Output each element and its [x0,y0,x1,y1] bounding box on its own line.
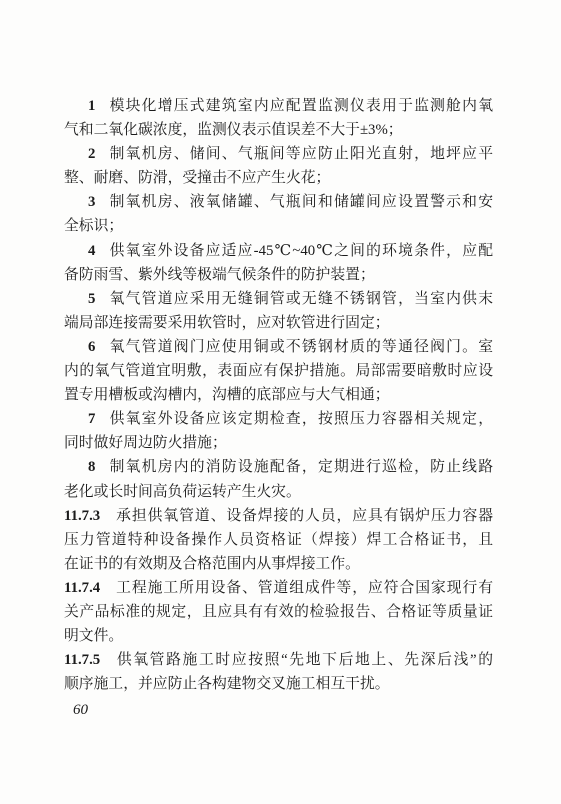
paragraph-first-line: 7供氧室外设备应该定期检查，按照压力容器相关规定， [64,407,493,431]
text-line: 全标识； [64,214,493,238]
line-text: 工程施工所用设备、管道组成件等，应符合国家现行有 [115,580,493,596]
line-text: 制氧机房、液氧储罐、气瓶间和储罐间应设置警示和安 [108,194,493,210]
text-line: 明文件。 [64,624,493,648]
paragraph-first-line: 2制氧机房、储间、气瓶间等应防止阳光直射，地坪应平 [64,142,493,166]
text-line: 压力管道特种设备操作人员资格证（焊接）焊工合格证书，且 [64,528,493,552]
paragraph-first-line: 8制氧机房内的消防设施配备，定期进行巡检，防止线路 [64,455,493,479]
text-line: 气和二氧化碳浓度，监测仪表示值误差不大于±3%； [64,118,493,142]
item-number: 2 [88,146,95,162]
line-text: 整、耐磨、防滑，受撞击不应产生火花； [64,170,330,186]
line-text: 承担供氧管道、设备焊接的人员，应具有锅炉压力容器 [115,508,493,524]
line-text: 同时做好周边防火措施； [64,435,227,451]
line-text: 气和二氧化碳浓度，监测仪表示值误差不大于±3%； [64,122,403,138]
text-line: 老化或长时间高负荷运转产生火灾。 [64,480,493,504]
line-text: 全标识； [64,218,123,234]
line-text: 模块化增压式建筑室内应配置监测仪表用于监测舱内氧 [108,98,493,114]
item-number: 5 [88,291,95,307]
line-text: 置专用槽板或沟槽内，沟槽的底部应与大气相通； [64,387,390,403]
line-text: 端局部连接需要采用软管时，应对软管进行固定； [64,315,390,331]
line-text: 明文件。 [64,628,123,644]
text-line: 置专用槽板或沟槽内，沟槽的底部应与大气相通； [64,383,493,407]
page-number: 60 [73,699,88,721]
line-text: 供氧管路施工时应按照“先地下后地上、先深后浅”的 [115,652,493,668]
line-text: 关产品标准的规定，且应具有有效的检验报告、合格证等质量证 [64,604,493,620]
paragraph-first-line: 3制氧机房、液氧储罐、气瓶间和储罐间应设置警示和安 [64,190,493,214]
line-text: 备防雨雪、紫外线等极端气候条件的防护装置； [64,267,375,283]
paragraph-first-line: 11.7.4工程施工所用设备、管道组成件等，应符合国家现行有 [64,576,493,600]
text-line: 内的氧气管道宜明敷，表面应有保护措施。局部需要暗敷时应设 [64,359,493,383]
document-page: 1模块化增压式建筑室内应配置监测仪表用于监测舱内氧气和二氧化碳浓度，监测仪表示值… [0,0,561,804]
text-line: 在证书的有效期及合格范围内从事焊接工作。 [64,552,493,576]
item-number: 4 [88,243,95,259]
paragraph-first-line: 4供氧室外设备应适应-45℃~40℃之间的环境条件，应配 [64,239,493,263]
body-text: 1模块化增压式建筑室内应配置监测仪表用于监测舱内氧气和二氧化碳浓度，监测仪表示值… [64,94,493,696]
line-text: 供氧室外设备应适应-45℃~40℃之间的环境条件，应配 [108,243,493,259]
item-number: 3 [88,194,95,210]
paragraph-first-line: 5氧气管道应采用无缝铜管或无缝不锈钢管，当室内供末 [64,287,493,311]
line-text: 制氧机房、储间、气瓶间等应防止阳光直射，地坪应平 [108,146,493,162]
text-line: 同时做好周边防火措施； [64,431,493,455]
text-line: 端局部连接需要采用软管时，应对软管进行固定； [64,311,493,335]
paragraph-first-line: 11.7.3承担供氧管道、设备焊接的人员，应具有锅炉压力容器 [64,504,493,528]
item-number: 1 [88,98,95,114]
paragraph-first-line: 6氧气管道阀门应使用铜或不锈钢材质的等通径阀门。室 [64,335,493,359]
section-number: 11.7.3 [64,508,100,524]
item-number: 7 [88,411,95,427]
text-line: 整、耐磨、防滑，受撞击不应产生火花； [64,166,493,190]
item-number: 6 [88,339,95,355]
text-line: 关产品标准的规定，且应具有有效的检验报告、合格证等质量证 [64,600,493,624]
item-number: 8 [88,459,95,475]
line-text: 老化或长时间高负荷运转产生火灾。 [64,484,301,500]
line-text: 氧气管道应采用无缝铜管或无缝不锈钢管，当室内供末 [108,291,493,307]
line-text: 制氧机房内的消防设施配备，定期进行巡检，防止线路 [108,459,493,475]
section-number: 11.7.5 [64,652,100,668]
line-text: 供氧室外设备应该定期检查，按照压力容器相关规定， [108,411,493,427]
line-text: 氧气管道阀门应使用铜或不锈钢材质的等通径阀门。室 [108,339,493,355]
text-line: 顺序施工，并应防止各构建物交叉施工相互干扰。 [64,672,493,696]
line-text: 在证书的有效期及合格范围内从事焊接工作。 [64,556,360,572]
text-line: 备防雨雪、紫外线等极端气候条件的防护装置； [64,263,493,287]
line-text: 顺序施工，并应防止各构建物交叉施工相互干扰。 [64,676,390,692]
section-number: 11.7.4 [64,580,100,596]
paragraph-first-line: 11.7.5供氧管路施工时应按照“先地下后地上、先深后浅”的 [64,648,493,672]
line-text: 压力管道特种设备操作人员资格证（焊接）焊工合格证书，且 [64,532,493,548]
paragraph-first-line: 1模块化增压式建筑室内应配置监测仪表用于监测舱内氧 [64,94,493,118]
line-text: 内的氧气管道宜明敷，表面应有保护措施。局部需要暗敷时应设 [64,363,493,379]
